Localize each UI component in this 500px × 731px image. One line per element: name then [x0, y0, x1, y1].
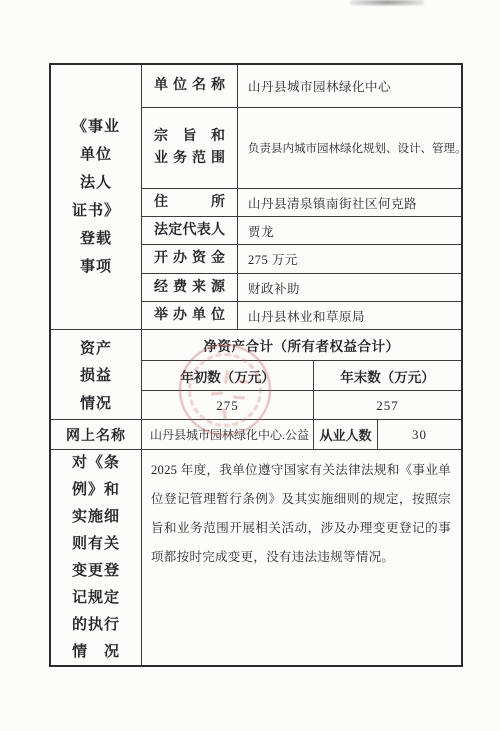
- side-label-line: 事项: [80, 253, 112, 281]
- online-name-label: 网上名称: [51, 420, 142, 449]
- purpose-scope-label-cell: 宗旨和 业务范围: [142, 108, 238, 188]
- side-label-line: 情 况: [72, 639, 120, 666]
- assets-grid: 净资产合计（所有者权益合计） 年初数（万元） 年末数（万元） 275 257: [142, 330, 461, 419]
- staff-count-label: 从业人数: [314, 420, 378, 449]
- purpose-scope-value: 负责县内城市园林绿化规划、设计、管理。: [238, 108, 461, 188]
- side-label-line: 变更登: [72, 558, 120, 585]
- purpose-scope-label-line1: 宗旨和: [154, 126, 225, 148]
- row-opening-funds: 开办资金 275 万元: [142, 244, 461, 273]
- compliance-statement-cell: 2025 年度，我单位遵守国家有关法律法规和《事业单位登记管理暂行条例》及其实施…: [142, 450, 461, 666]
- certificate-section-side-label: 《事业 单位 法人 证书》 登载 事项: [51, 65, 142, 329]
- address-value: 山丹县清泉镇南街社区何克路: [238, 189, 461, 216]
- begin-year-header: 年初数（万元）: [142, 361, 314, 390]
- assets-values-row: 275 257: [142, 390, 461, 420]
- side-label-line: 资产: [80, 337, 112, 358]
- opening-funds-value: 275 万元: [238, 245, 461, 273]
- side-label-line: 登载: [80, 225, 112, 253]
- funding-source-label: 经费来源: [154, 277, 225, 299]
- staff-count-value: 30: [378, 420, 461, 449]
- assets-section-side-label: 资产 损益 情况: [51, 330, 142, 419]
- side-label-line: 的执行: [72, 612, 120, 639]
- assets-section: 资产 损益 情况 净资产合计（所有者权益合计） 年初数（万元） 年末数（万元） …: [51, 329, 461, 419]
- begin-year-value: 275: [142, 391, 314, 420]
- certificate-items-section: 《事业 单位 法人 证书》 登载 事项 单位名称 山丹县城市园林绿化中心 宗旨和…: [51, 65, 461, 329]
- side-label-line: 记规定: [72, 585, 120, 612]
- sponsor-unit-label-cell: 举办单位: [142, 302, 238, 329]
- row-purpose-scope: 宗旨和 业务范围 负责县内城市园林绿化规划、设计、管理。: [142, 107, 461, 188]
- side-label-line: 《事业: [72, 113, 120, 141]
- side-label-line: 情况: [80, 392, 112, 413]
- row-address: 住所 山丹县清泉镇南街社区何克路: [142, 188, 461, 216]
- assets-subheader-row: 年初数（万元） 年末数（万元）: [142, 360, 461, 390]
- legal-representative-label: 法定代表人: [154, 220, 225, 242]
- row-legal-representative: 法定代表人 贾龙: [142, 216, 461, 244]
- unit-name-value: 山丹县城市园林绿化中心: [238, 65, 461, 107]
- side-label-line: 证书》: [72, 197, 120, 225]
- funding-source-label-cell: 经费来源: [142, 274, 238, 301]
- unit-name-label: 单位名称: [154, 75, 225, 97]
- net-assets-header: 净资产合计（所有者权益合计）: [142, 330, 461, 360]
- end-year-value: 257: [314, 391, 461, 420]
- address-label-cell: 住所: [142, 189, 238, 216]
- sponsor-unit-value: 山丹县林业和草原局: [238, 302, 461, 329]
- purpose-scope-label-line2: 业务范围: [154, 148, 225, 170]
- end-year-header: 年末数（万元）: [314, 361, 461, 390]
- side-label-line: 单位: [80, 141, 112, 169]
- certificate-items-rows: 单位名称 山丹县城市园林绿化中心 宗旨和 业务范围 负责县内城市园林绿化规划、设…: [142, 65, 461, 329]
- online-name-value: 山丹县城市园林绿化中心.公益: [142, 420, 314, 449]
- side-label-line: 法人: [80, 169, 112, 197]
- scanned-annual-report-page: { "page": { "background": "#fcfcfb", "in…: [0, 0, 500, 731]
- annual-report-form-table: 《事业 单位 法人 证书》 登载 事项 单位名称 山丹县城市园林绿化中心 宗旨和…: [49, 63, 463, 667]
- side-label-line: 实施细: [72, 504, 120, 531]
- side-label-line: 则有关: [72, 531, 120, 558]
- side-label-line: 损益: [80, 364, 112, 385]
- sponsor-unit-label: 举办单位: [154, 305, 225, 327]
- opening-funds-label: 开办资金: [154, 248, 225, 270]
- side-label-line: 例》和: [72, 477, 120, 504]
- side-label-line: 对《条: [72, 450, 120, 477]
- compliance-statement-text: 2025 年度，我单位遵守国家有关法律法规和《事业单位登记管理暂行条例》及其实施…: [151, 456, 451, 572]
- scan-artifact-smudge: [350, 0, 424, 5]
- row-unit-name: 单位名称 山丹县城市园林绿化中心: [142, 65, 461, 107]
- legal-representative-value: 贾龙: [238, 217, 461, 244]
- legal-representative-label-cell: 法定代表人: [142, 217, 238, 244]
- compliance-section: 对《条 例》和 实施细 则有关 变更登 记规定 的执行 情 况 2025 年度，…: [51, 449, 461, 666]
- online-name-row: 网上名称 山丹县城市园林绿化中心.公益 从业人数 30: [51, 419, 461, 449]
- row-funding-source: 经费来源 财政补助: [142, 273, 461, 301]
- compliance-section-side-label: 对《条 例》和 实施细 则有关 变更登 记规定 的执行 情 况: [51, 450, 142, 666]
- row-sponsor-unit: 举办单位 山丹县林业和草原局: [142, 301, 461, 329]
- opening-funds-label-cell: 开办资金: [142, 245, 238, 273]
- address-label: 住所: [154, 192, 225, 214]
- funding-source-value: 财政补助: [238, 274, 461, 301]
- unit-name-label-cell: 单位名称: [142, 65, 238, 107]
